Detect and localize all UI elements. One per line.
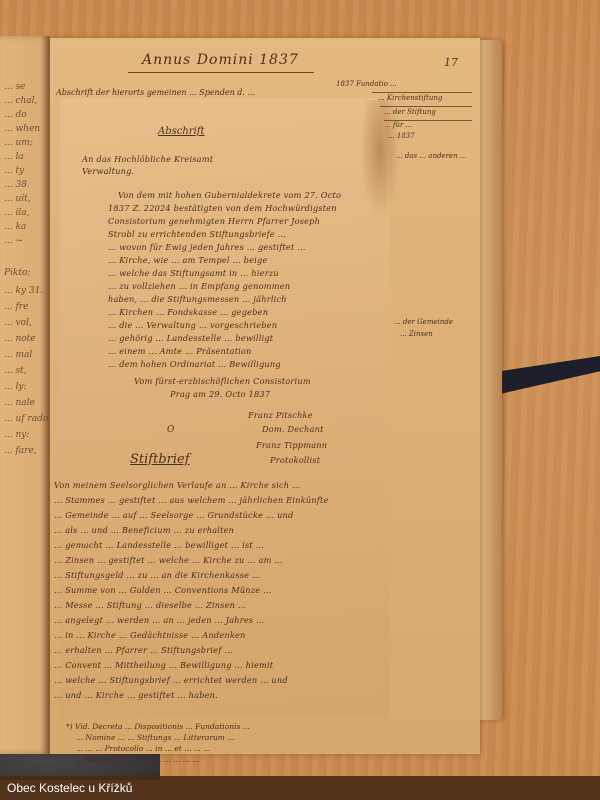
left-page-fragment: ... um; <box>4 138 33 148</box>
register-top-line: Abschrift der hierorts gemeinen ... Spen… <box>56 88 255 97</box>
body-line: 1837 Z. 22024 bestätigten von dem Hochwü… <box>108 203 337 213</box>
left-page-fragment: ... uf rado <box>4 414 48 424</box>
body-line: ... einem ... Amte ... Präsentation <box>108 346 252 356</box>
stiftbrief-line: Von meinem Seelsorglichen Verlaufe an ..… <box>54 480 300 490</box>
left-page-fragment: ... ty <box>4 166 24 176</box>
left-page-fragment: ... note <box>4 334 36 344</box>
stiftbrief-line: ... Messe ... Stiftung ... dieselbe ... … <box>54 600 246 610</box>
right-margin-note: ... Zinsen <box>400 330 433 338</box>
abschrift-heading: Abschrift <box>158 126 205 137</box>
body-line: ... dem hohen Ordinariat ... Bewilligung <box>108 359 281 369</box>
body-line: ... wovon für Ewig jeden Jahres ... gest… <box>108 242 306 252</box>
body-line: Consistorium genehmigten Herrn Pfarrer J… <box>108 216 320 226</box>
left-page-fragment: ... ka <box>4 222 26 232</box>
signature-title: Protokollist <box>270 455 320 465</box>
left-page-fragment: Pikto: <box>4 268 30 278</box>
water-stain <box>360 100 400 220</box>
address-line: Verwaltung. <box>82 166 134 176</box>
body-line: ... die ... Verwaltung ... vorgeschriebe… <box>108 320 277 330</box>
closing-line: Vom fürst-erzbischöflichen Consistorium <box>134 376 311 386</box>
left-facing-page: ... se ... chal, ... do ... when ... um;… <box>0 36 50 754</box>
body-line: ... zu vollziehen ... in Empfang genomme… <box>108 281 290 291</box>
left-page-fragment: ... ly: <box>4 382 26 392</box>
left-page-fragment: ... chal, <box>4 96 37 106</box>
signature: Franz Tippmann <box>256 440 327 450</box>
stiftbrief-line: ... angelegt ... werden ... an ... jeden… <box>54 615 265 625</box>
left-page-fragment: ... uit, <box>4 194 31 204</box>
stiftbrief-line: ... als ... und ... Beneficium ... zu er… <box>54 525 234 535</box>
left-page-fragment: ... when <box>4 124 40 134</box>
stiftbrief-line: ... und ... Kirche ... gestiftet ... hab… <box>54 690 218 700</box>
stiftbrief-line: ... erhalten ... Pfarrer ... Stiftungsbr… <box>54 645 233 655</box>
body-line: ... Kirche, wie ... am Tempel ... beige <box>108 255 267 265</box>
address-line: An das Hochlöbliche Kreisamt <box>82 154 213 164</box>
left-page-fragment: ... fre <box>4 302 28 312</box>
body-line: haben, ... die Stiftungsmessen ... jährl… <box>108 294 287 304</box>
body-line: ... welche das Stiftungsamt in ... hierz… <box>108 268 279 278</box>
side-note: 1837 Fundatio ... <box>336 80 397 88</box>
left-page-fragment: ... mal <box>4 350 32 360</box>
stiftbrief-heading: Stiftbrief <box>130 452 190 467</box>
stiftbrief-line: ... Convent ... Mittheilung ... Bewillig… <box>54 660 273 670</box>
stiftbrief-line: ... Stiftungsgeld ... zu ... an die Kirc… <box>54 570 260 580</box>
footnote-line: ... ... ... Protocollo ... in ... et ...… <box>76 744 210 753</box>
signature: Franz Pitschke <box>248 410 313 420</box>
stiftbrief-line: ... Gemeinde ... auf ... Seelsorge ... G… <box>54 510 293 520</box>
body-line: Strobl zu errichtenden Stiftungsbriefe .… <box>108 229 286 239</box>
body-line: Von dem mit hohen Gubernialdekrete vom 2… <box>118 190 341 200</box>
body-line: ... Kirchen ... Fondskasse ... gegeben <box>108 307 268 317</box>
left-page-fragment: ... ila, <box>4 208 29 218</box>
stiftbrief-line: ... in ... Kirche ... Gedächtnisse ... A… <box>54 630 246 640</box>
left-page-fragment: ... ky 31. <box>4 286 43 296</box>
left-page-fragment: ... nale <box>4 398 35 408</box>
right-margin-note: ... der Gemeinde <box>394 318 453 326</box>
stiftbrief-line: ... welche ... Stiftungsbrief ... errich… <box>54 675 288 685</box>
left-page-fragment: ... fare, <box>4 446 37 456</box>
closing-date: Prag am 29. Octo 1837 <box>170 389 270 399</box>
stiftbrief-line: ... Stammes ... gestiftet ... aus welche… <box>54 495 329 505</box>
left-page-fragment: ... vol, <box>4 318 32 328</box>
section-marker: O <box>167 425 174 435</box>
signature-title: Dom. Dechant <box>262 424 324 434</box>
side-note-rule <box>372 92 472 93</box>
left-page-fragment: ... se <box>4 82 25 92</box>
left-page-fragment: ... do <box>4 110 27 120</box>
stiftbrief-line: ... gemacht ... Landesstelle ... bewilli… <box>54 540 264 550</box>
left-page-fragment: ... la <box>4 152 24 162</box>
left-page-fragment: ... st, <box>4 366 27 376</box>
footnote-line: ... Nomine ... ... Stiftungs ... Littera… <box>76 733 234 742</box>
register-header-title: Annus Domini 1837 <box>142 52 299 68</box>
image-caption: Obec Kostelec u Křížků <box>0 776 600 800</box>
left-page-fragment: ... ny: <box>4 430 29 440</box>
stiftbrief-line: ... Zinsen ... gestiftet ... welche ... … <box>54 555 283 565</box>
left-page-fragment: ... 38. <box>4 180 30 190</box>
body-line: ... gehörig ... Landesstelle ... bewilli… <box>108 333 273 343</box>
footnote-line: ... Registrat. ... ... ... ... ... ... .… <box>76 755 199 764</box>
header-underline <box>128 72 314 73</box>
stiftbrief-line: ... Summe von ... Gulden ... Conventions… <box>54 585 272 595</box>
footnote-line: *) Vid. Decreta ... Dispositionis ... Fu… <box>66 722 250 731</box>
left-page-fragment: ... ~ <box>4 236 23 246</box>
page-number: 17 <box>444 56 458 69</box>
side-note: ... das ... anderen ... <box>396 152 466 160</box>
